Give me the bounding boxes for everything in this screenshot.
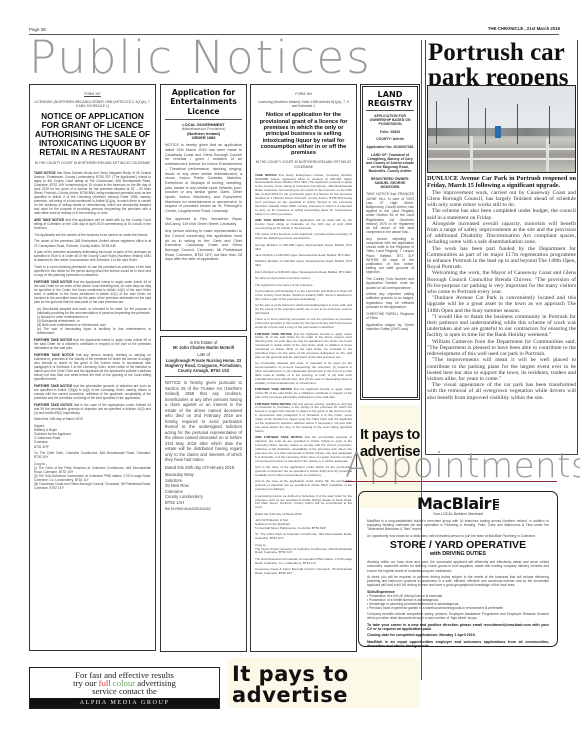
paragraph: The Applicants are the owners of the bus… (34, 233, 151, 237)
lamp-post (468, 98, 469, 144)
application-details: APPLICATION FOR OWNERSHIP BASED ON POSSE… (366, 114, 414, 189)
date-line: Dated this 14th day of March 2019 (34, 417, 151, 421)
notice-body: TAKE NOTICE that Sean Damien Brolly and … (34, 171, 151, 491)
paragraph: FURTHER TAKE NOTICE that the permissible… (34, 384, 151, 400)
photo-hills (428, 128, 575, 136)
macblair-logo-icon (493, 499, 499, 510)
job-title: STORE / YARD OPERATIVE (367, 540, 549, 551)
masthead-date: THE CHRONICLE , 21st March 2019 (488, 26, 560, 31)
form-label: FORM 184 (255, 92, 352, 96)
apply-instructions: To take your career in a new and positiv… (367, 623, 549, 632)
paragraph: "Dunluce Avenue Car Park is conveniently… (427, 295, 576, 314)
fence-post (470, 136, 473, 171)
signature-block: Macaulay WraySolicitors35 New RowColerai… (165, 472, 242, 505)
fence-post (546, 138, 549, 173)
ad-copy: For fast and effective results try our f… (30, 668, 219, 695)
signature-block: John W Pinkerton & SonSolicitors for the… (255, 519, 352, 531)
notice-form-197: FORM 197 LICENSING (NORTHERN IRELAND) OR… (29, 84, 156, 651)
section-title: Public Notices (29, 32, 372, 84)
subtitle: ORDER 1985 (165, 136, 242, 140)
appointments-rule (345, 481, 557, 482)
appointments-title: Appointments (345, 446, 580, 486)
paragraph: The scheme has also been completed under… (427, 208, 576, 220)
paragraph: The visual appearance of the car park ha… (427, 382, 576, 401)
reference: Ref DH/RWCMcN/0081610083 (165, 507, 242, 513)
closing-date: Closing date for completed applications:… (367, 633, 549, 637)
lamp-post (549, 106, 550, 144)
job-description: Working within our busy store and yard, … (367, 560, 549, 572)
notice-form-184: FORM 184 Licensing (Northern Ireland) Or… (250, 84, 357, 652)
skill-item: • Previous trade experience gained in a … (367, 606, 549, 610)
job-subtitle: with DRIVING DUTIES (367, 551, 549, 557)
paragraph: FURTHER TAKE NOTICE that in the case of … (34, 403, 151, 415)
court-line: IN THE COUNTY COURT IN NORTHERN IRELAND … (255, 160, 352, 168)
notice-body: TAKE NOTICE that Overy Enterprises Limit… (255, 174, 352, 576)
lamp-post (436, 101, 437, 144)
paragraph: There is in force planning permission to… (34, 265, 151, 277)
order-line: Licensing (Northern Ireland) Order 1996 … (255, 100, 352, 108)
notice-body: TAKE NOTICE that FRANCES JAYNE HILL in c… (366, 192, 414, 331)
tagline: Your LOCAL Builders' Merchant (367, 512, 549, 516)
fence-rail (428, 158, 575, 160)
job-description: At times you will be required to perform… (367, 575, 549, 587)
paragraph: Any person wishing to make representatio… (165, 229, 242, 262)
paragraph: AND TAKE NOTICE that this application wi… (34, 218, 151, 230)
signature-block: Signed:Rafferty & BoyleSolicitors for th… (34, 424, 151, 449)
it-pays-to-advertise-ad: It pays to advertise (228, 658, 420, 708)
order-line: LICENSING (NORTHERN IRELAND) ORDER 1996 … (34, 100, 151, 108)
copy-to-item: (iii) Causeway Coast and Glens Borough C… (34, 482, 151, 490)
notice-land-registry: LAND REGISTRY APPLICATION FOR OWNERSHIP … (360, 84, 420, 400)
benefits: Company benefits include competitive sal… (367, 612, 549, 620)
paragraph: FURTHER TAKE NOTICE that the Applicants … (34, 280, 151, 305)
alpha-media-banner: ALPHA MEDIA GROUP (30, 698, 219, 708)
lamp-post (517, 104, 518, 144)
paragraph: The work has been part funded by the Dep… (427, 246, 576, 271)
list-item: (a) Structurally adapted and used, or in… (37, 307, 151, 315)
notice-entertainments-licence: Application for Entertainments Licence L… (160, 84, 247, 331)
news-body: DUNLUCE Avenue Car Park in Portrush reop… (427, 176, 576, 401)
paragraph: FURTHER TAKE NOTICE that any person owni… (34, 353, 151, 382)
alpha-media-ad: For fast and effective results try our f… (29, 667, 220, 709)
copy-to-item: The Clerk of Petty Sessions at Coleraine… (255, 548, 352, 556)
lamp-post (485, 108, 486, 144)
car-park-photo (427, 85, 576, 173)
paragraph: NOTICE is hereby given pursuant to Secti… (165, 380, 242, 463)
paragraph: "I would like to thank the business comm… (427, 314, 576, 339)
form-label: FORM 197 (34, 92, 151, 96)
notice-body: NOTICE is hereby given that an applicati… (165, 143, 242, 262)
notice-title: LAND REGISTRY (366, 90, 414, 111)
pay-machine (495, 126, 501, 138)
copy-to-item: Causeway Coast & Glens Borough Council, … (255, 568, 352, 576)
deceased-name: Mr John Charles Martin McNeill (173, 345, 234, 350)
list-item: (b) The sale of intoxicating liquor is a… (37, 327, 151, 335)
paragraph: Welcoming the work, the Mayor of Causewa… (427, 270, 576, 295)
paragraph: The owner of the premises JAB Enterprise… (34, 239, 151, 247)
notice-estate: In the Estate of Mr John Charles Martin … (160, 336, 247, 652)
paragraph: The applicant is Rev. Monsenior Bryan Mc… (165, 217, 242, 226)
notice-body: NOTICE is hereby given pursuant to Secti… (165, 380, 242, 513)
macblair-job-ad: MacBlair Your LOCAL Builders' Merchant M… (358, 491, 558, 647)
notice-title: Application for Entertainments Licence (165, 88, 242, 120)
paragraph: William Cameron from the Department for … (427, 339, 576, 358)
paragraph: The improvement work, carried out by Cau… (427, 190, 576, 209)
copy-to-item: The Sub-Divisional Commander at Colerain… (255, 558, 352, 566)
paragraph: A plan of the premises separately deline… (34, 250, 151, 262)
macblair-logo: MacBlair (367, 496, 549, 512)
equal-opportunities: MacBlair is an equal opportunities emplo… (367, 640, 549, 649)
court-line: IN THE COUNTY COURT IN NORTHERN IRELAND … (34, 161, 151, 165)
fence-rail (428, 148, 575, 150)
to-line: To: The Chief Clerk, Coleraine Courthous… (34, 451, 151, 459)
notice-title: Notice of application for the provisiona… (255, 112, 352, 156)
date-line: Dated this 26th day of February 2019. (165, 465, 242, 471)
skills-list: • Possession of a full UK driving licenc… (367, 594, 549, 610)
intro: MacBlair is a long-established builder's… (367, 519, 549, 531)
notice-title: NOTICE OF APPLICATION FOR GRANT OF LICEN… (34, 112, 151, 157)
deceased-address: Loughneagh Private Nursing Home, 23 Magh… (165, 358, 242, 373)
paragraph: TAKE NOTICE that Sean Damien Brolly and … (34, 171, 151, 216)
intro: An opportunity now exists for a dedicate… (367, 534, 549, 538)
news-headline: Portrush car park reopens (428, 40, 576, 90)
copy-to-item: (ii) The Sub-Divisional Commander at Col… (34, 474, 151, 482)
copy-to-item: (i) The Clerk of the Petty Sessions at C… (34, 466, 151, 474)
paragraph: FURTHER TAKE NOTICE that the Applicants … (34, 338, 151, 350)
estate-header: In the Estate of Mr John Charles Martin … (165, 340, 242, 377)
news-lead: DUNLUCE Avenue Car Park in Portrush reop… (427, 176, 576, 190)
to-line: To: The Chief Clerk at Coleraine Courtho… (255, 533, 352, 541)
paragraph: "The improvements will mean it will be w… (427, 357, 576, 382)
paragraph: Alongside increased overall capacity, mo… (427, 221, 576, 246)
paragraph: NOTICE is hereby given that an applicati… (165, 143, 242, 214)
